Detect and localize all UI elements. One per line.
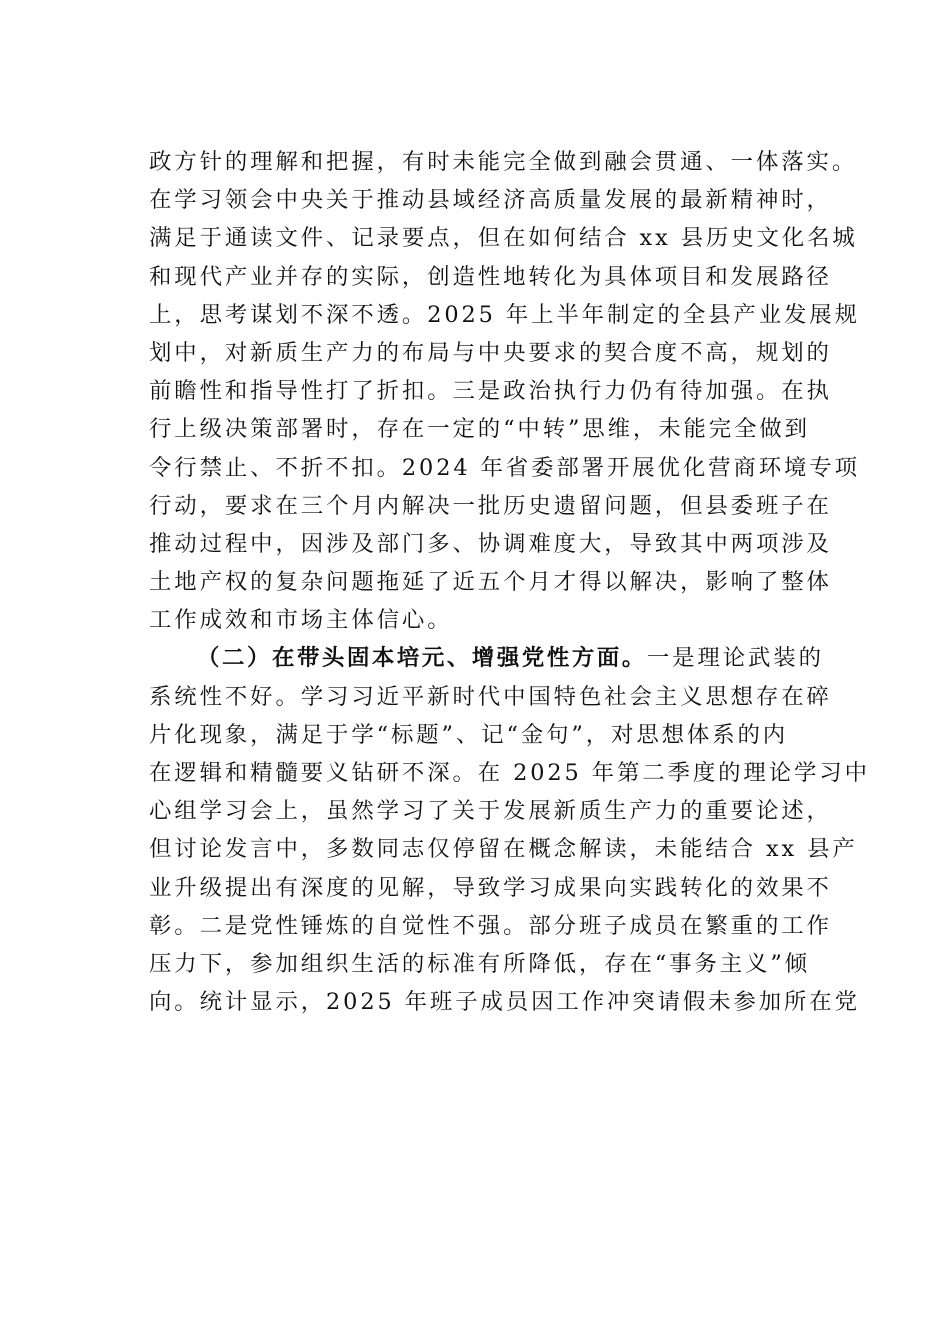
section-two-paragraph: （二）在带头固本培元、增强党性方面。一是理论武装的 系统性不好。学习习近平新时代…: [149, 639, 829, 1021]
text-line: 向。统计显示，2025 年班子成员因工作冲突请假未参加所在党: [149, 983, 829, 1021]
text-line: 片化现象，满足于学“标题”、记“金句”，对思想体系的内: [149, 716, 829, 754]
text-line: 上，思考谋划不深不透。2025 年上半年制定的全县产业发展规: [149, 296, 829, 334]
paragraph-continuation: 政方针的理解和把握，有时未能完全做到融会贯通、一体落实。 在学习领会中央关于推动…: [149, 143, 829, 639]
document-page: 政方针的理解和把握，有时未能完全做到融会贯通、一体落实。 在学习领会中央关于推动…: [149, 143, 829, 1021]
text-line: 前瞻性和指导性打了折扣。三是政治执行力仍有待加强。在执: [149, 372, 829, 410]
text-line: 令行禁止、不折不扣。2024 年省委部署开展优化营商环境专项: [149, 449, 829, 487]
text-line: 心组学习会上，虽然学习了关于发展新质生产力的重要论述，: [149, 792, 829, 830]
text-line: 推动过程中，因涉及部门多、协调难度大，导致其中两项涉及: [149, 525, 829, 563]
text-line: 业升级提出有深度的见解，导致学习成果向实践转化的效果不: [149, 869, 829, 907]
text-line: 彰。二是党性锤炼的自觉性不强。部分班子成员在繁重的工作: [149, 907, 829, 945]
text-line: 行动，要求在三个月内解决一批历史遗留问题，但县委班子在: [149, 487, 829, 525]
text-line: 在学习领会中央关于推动县域经济高质量发展的最新精神时，: [149, 181, 829, 219]
text-line: 满足于通读文件、记录要点，但在如何结合 xx 县历史文化名城: [149, 219, 829, 257]
text-line: 划中，对新质生产力的布局与中央要求的契合度不高，规划的: [149, 334, 829, 372]
section-first-line: （二）在带头固本培元、增强党性方面。一是理论武装的: [149, 639, 829, 677]
text-line: 行上级决策部署时，存在一定的“中转”思维，未能完全做到: [149, 410, 829, 448]
text-line: 在逻辑和精髓要义钻研不深。在 2025 年第二季度的理论学习中: [149, 754, 829, 792]
text-line: 系统性不好。学习习近平新时代中国特色社会主义思想存在碎: [149, 678, 829, 716]
text-line: 但讨论发言中，多数同志仅停留在概念解读，未能结合 xx 县产: [149, 830, 829, 868]
section-first-line-text: 一是理论武装的: [647, 645, 824, 671]
section-heading: （二）在带头固本培元、增强党性方面。: [197, 645, 647, 671]
text-line: 土地产权的复杂问题拖延了近五个月才得以解决，影响了整体: [149, 563, 829, 601]
text-line: 工作成效和市场主体信心。: [149, 601, 829, 639]
text-line: 压力下，参加组织生活的标准有所降低，存在“事务主义”倾: [149, 945, 829, 983]
text-line: 政方针的理解和把握，有时未能完全做到融会贯通、一体落实。: [149, 143, 829, 181]
text-line: 和现代产业并存的实际，创造性地转化为具体项目和发展路径: [149, 258, 829, 296]
